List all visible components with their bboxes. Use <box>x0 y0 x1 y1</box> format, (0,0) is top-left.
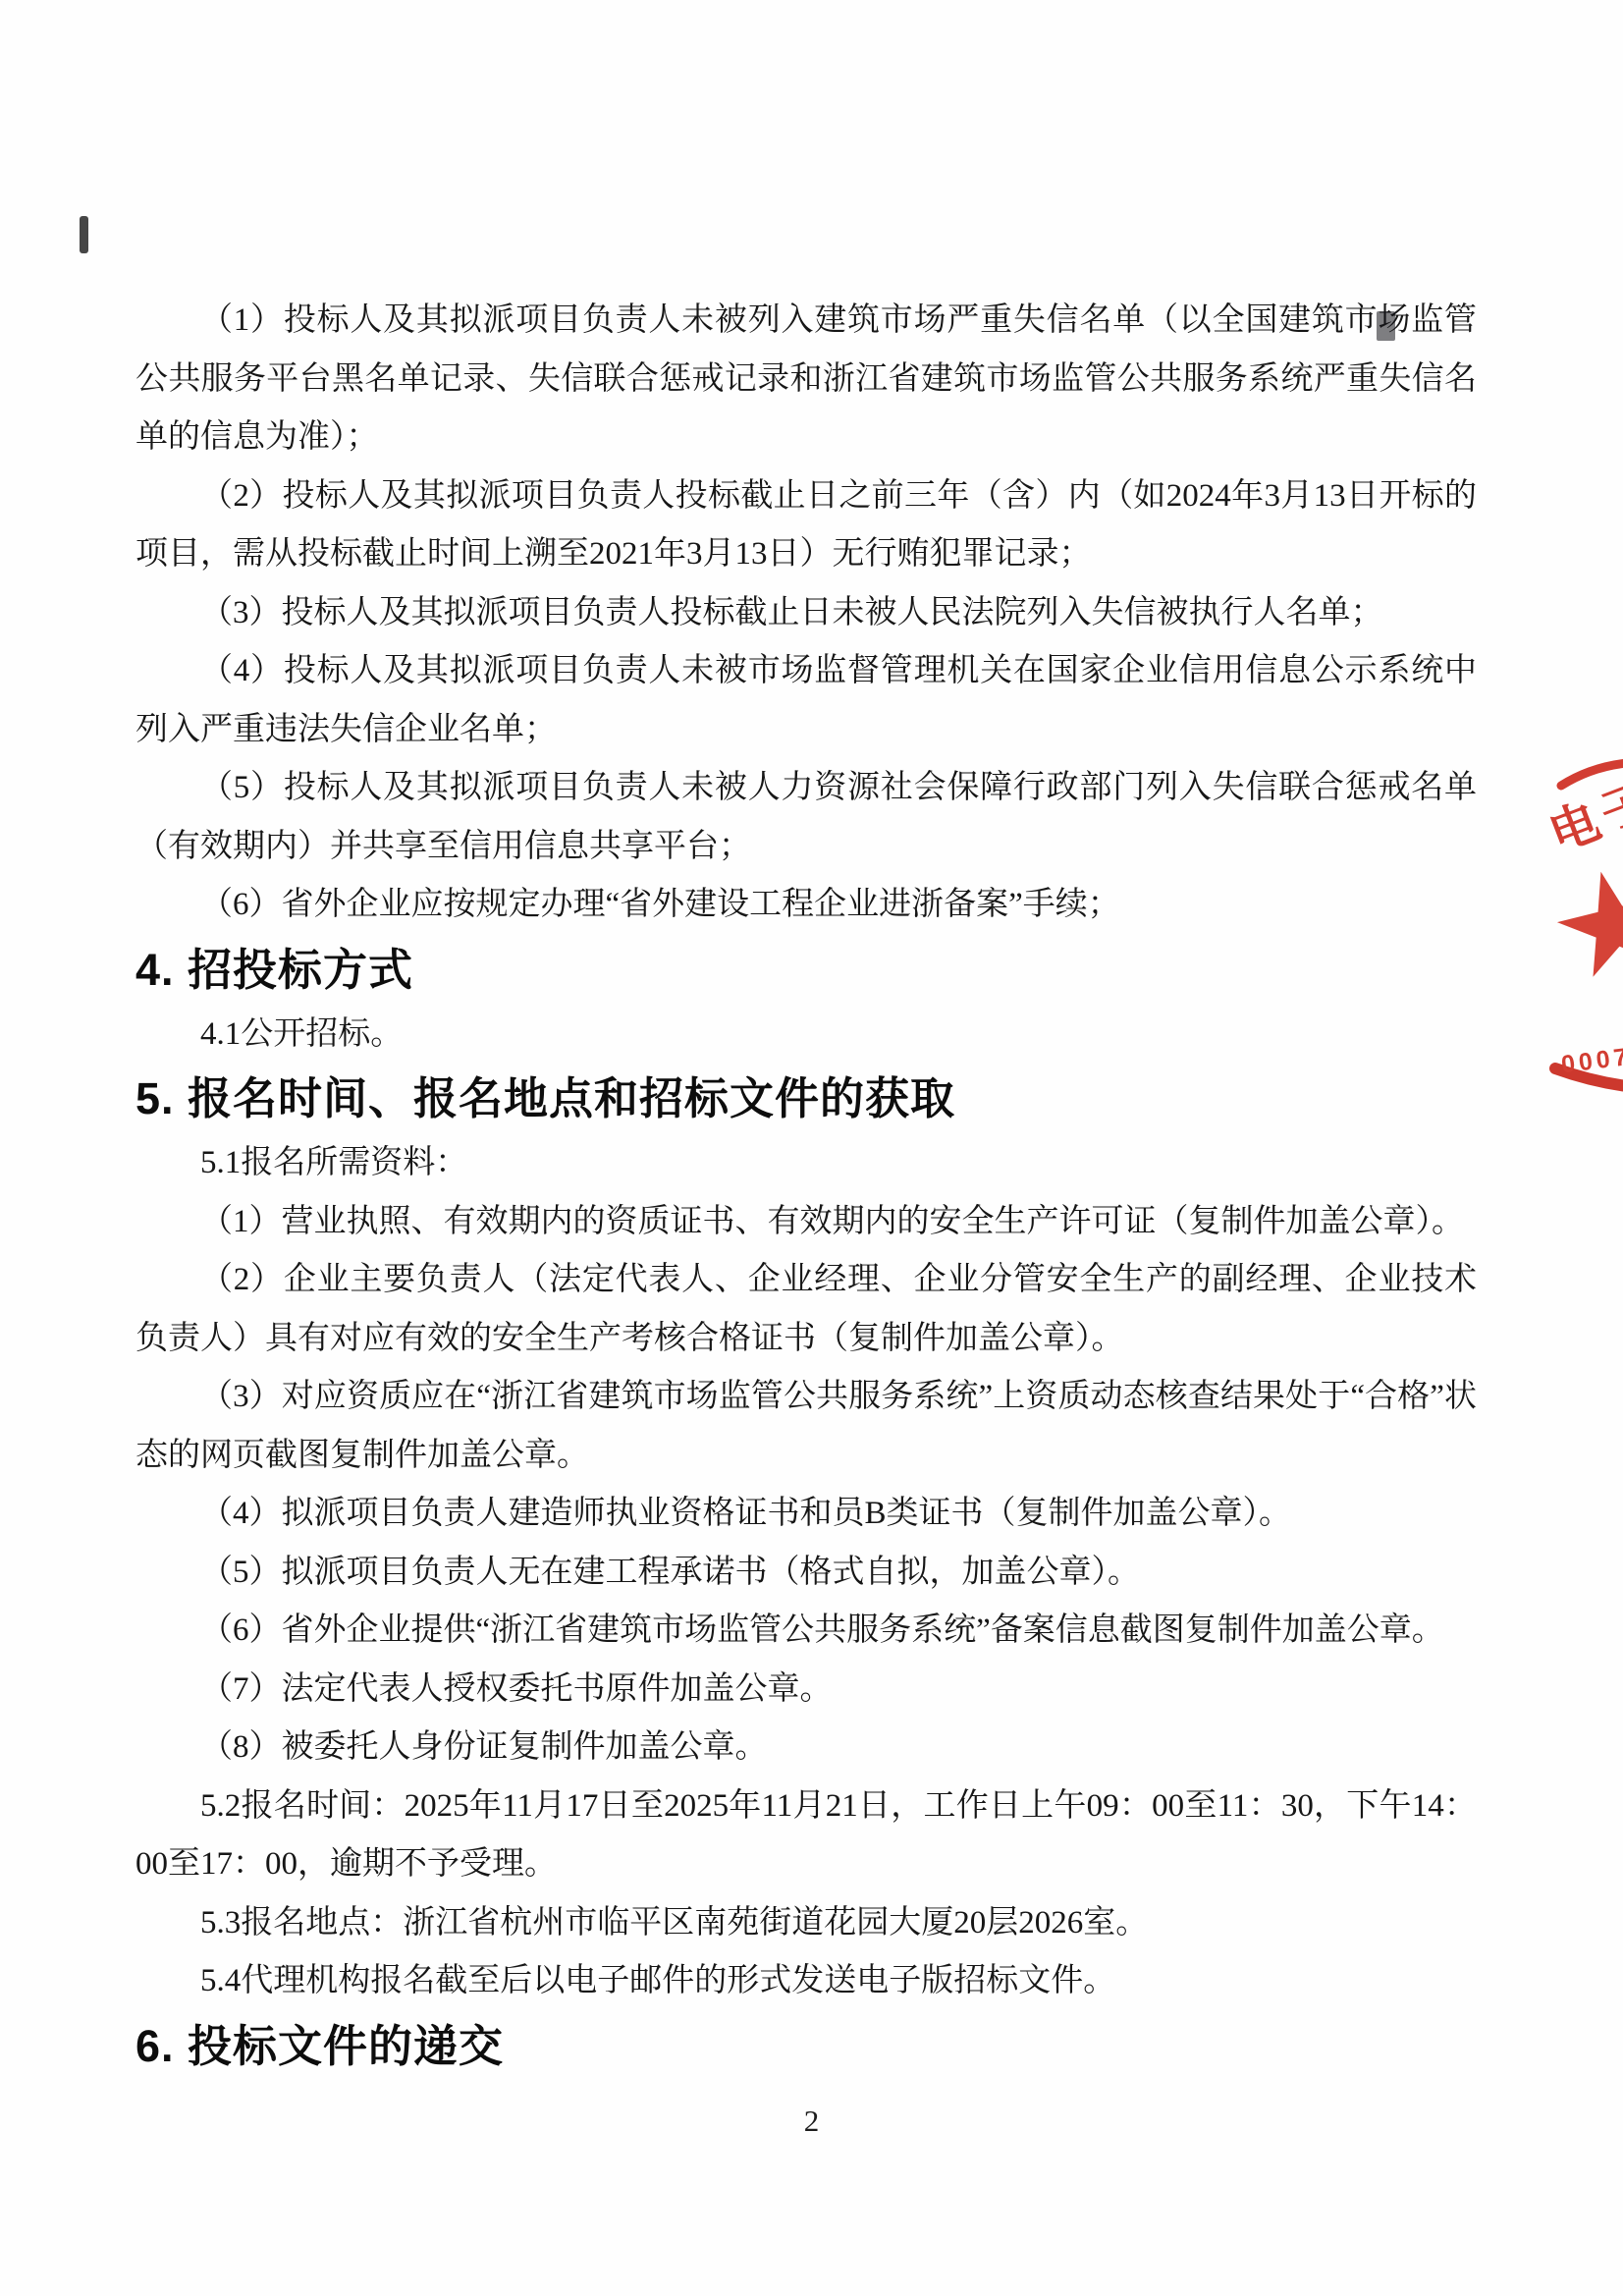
document-body: （1）投标人及其拟派项目负责人未被列入建筑市场严重失信名单（以全国建筑市场监管公… <box>135 292 1477 2082</box>
paragraph: 5.4代理机构报名截至后以电子邮件的形式发送电子版招标文件。 <box>135 1952 1477 2011</box>
paragraph: （5）投标人及其拟派项目负责人未被人力资源社会保障行政部门列入失信联合惩戒名单（… <box>135 759 1477 876</box>
paragraph: （2）投标人及其拟派项目负责人投标截止日之前三年（含）内（如2024年3月13日… <box>135 467 1477 584</box>
scan-smudge <box>80 216 88 253</box>
paragraph: （4）拟派项目负责人建造师执业资格证书和员B类证书（复制件加盖公章）。 <box>135 1485 1477 1544</box>
section-heading: 6. 投标文件的递交 <box>135 2011 1477 2082</box>
paragraph: 5.1报名所需资料： <box>135 1134 1477 1193</box>
paragraph: （6）省外企业提供“浙江省建筑市场监管公共服务系统”备案信息截图复制件加盖公章。 <box>135 1602 1477 1661</box>
paragraph: （3）对应资质应在“浙江省建筑市场监管公共服务系统”上资质动态核查结果处于“合格… <box>135 1368 1477 1485</box>
electronic-seal-stamp: 电子 00078 <box>1546 756 1623 1100</box>
section-heading: 4. 招投标方式 <box>135 935 1477 1006</box>
paragraph: （1）投标人及其拟派项目负责人未被列入建筑市场严重失信名单（以全国建筑市场监管公… <box>135 292 1477 467</box>
scan-ink-artifact <box>1377 311 1395 341</box>
paragraph: （5）拟派项目负责人无在建工程承诺书（格式自拟，加盖公章）。 <box>135 1544 1477 1603</box>
paragraph: 5.2报名时间：2025年11月17日至2025年11月21日，工作日上午09：… <box>135 1777 1477 1894</box>
section-heading: 5. 报名时间、报名地点和招标文件的获取 <box>135 1064 1477 1134</box>
paragraph: （2）企业主要负责人（法定代表人、企业经理、企业分管安全生产的副经理、企业技术负… <box>135 1251 1477 1368</box>
paragraph: 4.1公开招标。 <box>135 1006 1477 1065</box>
paragraph: （1）营业执照、有效期内的资质证书、有效期内的安全生产许可证（复制件加盖公章）。 <box>135 1193 1477 1252</box>
paragraph: 5.3报名地点：浙江省杭州市临平区南苑街道花园大厦20层2026室。 <box>135 1894 1477 1953</box>
page-number: 2 <box>0 2104 1623 2139</box>
paragraph: （3）投标人及其拟派项目负责人投标截止日未被人民法院列入失信被执行人名单； <box>135 584 1477 643</box>
paragraph: （6）省外企业应按规定办理“省外建设工程企业进浙备案”手续； <box>135 876 1477 935</box>
paragraph: （8）被委托人身份证复制件加盖公章。 <box>135 1719 1477 1777</box>
paragraph: （7）法定代表人授权委托书原件加盖公章。 <box>135 1661 1477 1720</box>
document-page: （1）投标人及其拟派项目负责人未被列入建筑市场严重失信名单（以全国建筑市场监管公… <box>0 0 1623 2296</box>
paragraph: （4）投标人及其拟派项目负责人未被市场监督管理机关在国家企业信用信息公示系统中列… <box>135 642 1477 759</box>
